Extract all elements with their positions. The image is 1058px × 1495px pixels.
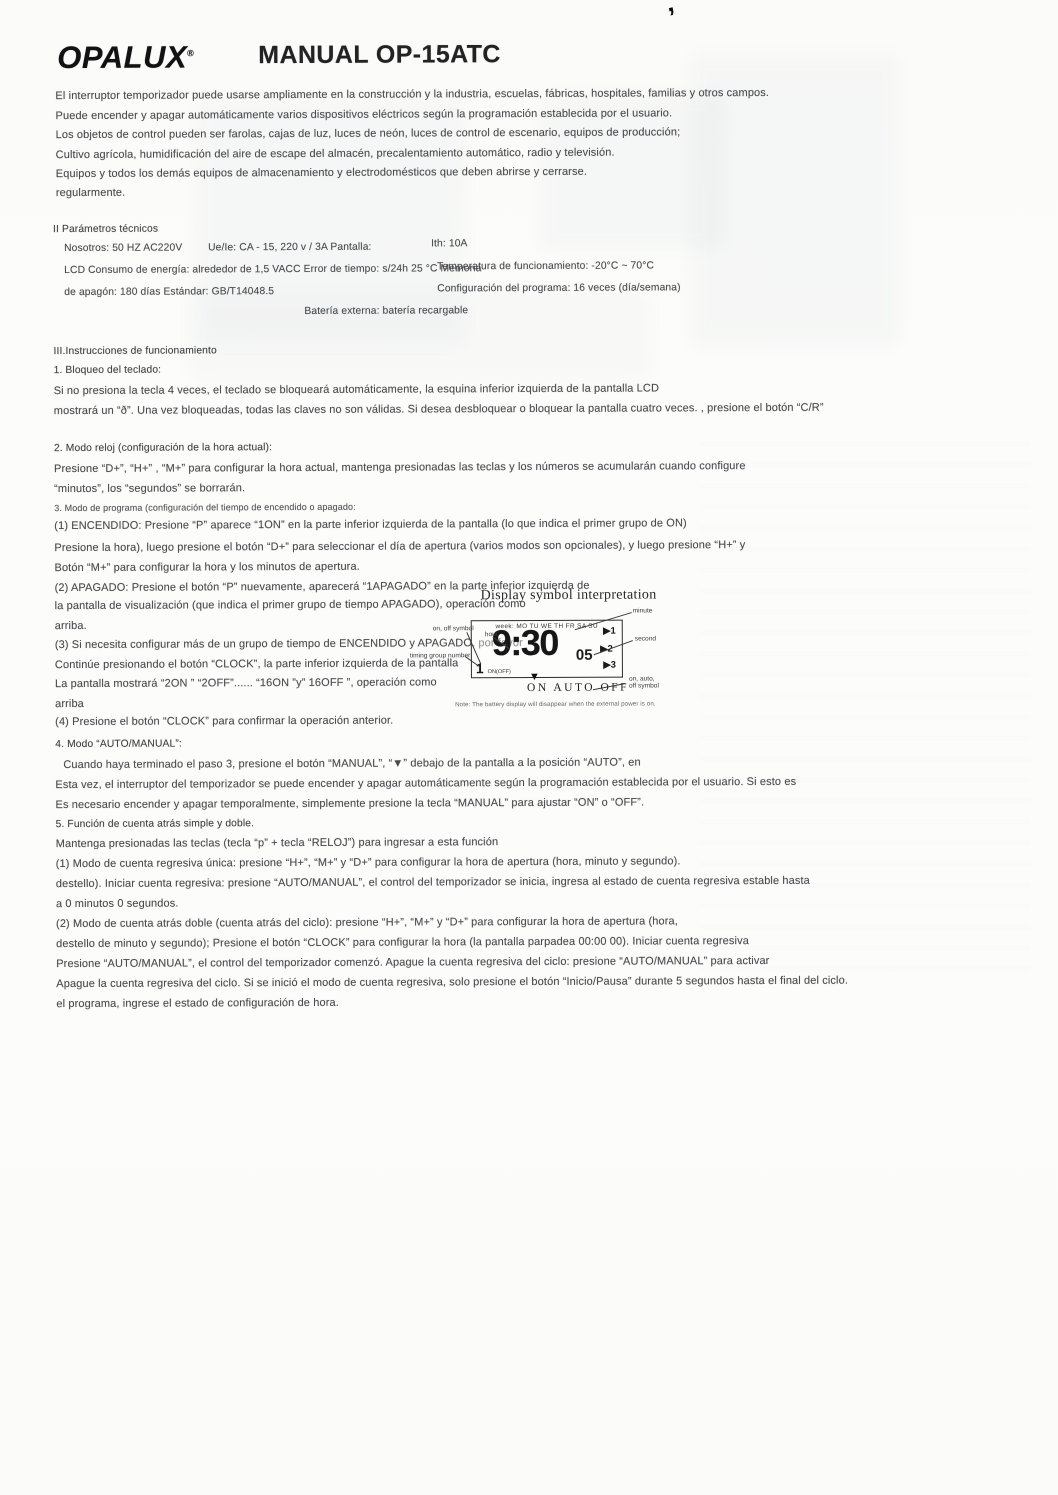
subsection-4-title: 4. Modo “AUTO/MANUAL”: xyxy=(55,739,182,751)
param-ue-ie: Ue/Ie: CA - 15, 220 v / 3A Pantalla: xyxy=(208,242,371,254)
instruction-line: (1) ENCENDIDO: Presione “P” aparece “1ON… xyxy=(54,517,687,532)
instruction-line: (1) Modo de cuenta regresiva única: pres… xyxy=(56,855,681,870)
intro-line: Equipos y todos los demás equipos de alm… xyxy=(56,166,587,180)
intro-line: Cultivo agrícola, humidificación del air… xyxy=(56,147,615,161)
param-program-config: Configuración del programa: 16 veces (dí… xyxy=(437,282,680,294)
instruction-line: La pantalla mostrará “2ON ” “2OFF”......… xyxy=(55,676,437,690)
instruction-line: Cuando haya terminado el paso 3, presion… xyxy=(63,757,640,772)
diagram-connector-lines xyxy=(403,579,704,715)
instruction-line: Es necesario encender y apagar temporalm… xyxy=(55,797,644,812)
instruction-line: el programa, ingrese el estado de config… xyxy=(56,997,339,1010)
instruction-line: a 0 minutos 0 segundos. xyxy=(56,898,179,911)
instruction-line: arriba xyxy=(55,698,84,710)
instruction-line: (2) Modo de cuenta atrás doble (cuenta a… xyxy=(56,915,678,930)
intro-line: Los objetos de control pueden ser farola… xyxy=(56,126,681,141)
instruction-line: Presione “AUTO/MANUAL”, el control del t… xyxy=(56,955,769,970)
instruction-line: Esta vez, el interruptor del temporizado… xyxy=(55,776,796,791)
page-title: MANUAL OP-15ATC xyxy=(258,40,501,70)
intro-line: El interruptor temporizador puede usarse… xyxy=(55,87,769,102)
intro-line: Puede encender y apagar automáticamente … xyxy=(55,107,672,122)
intro-line: regularmente. xyxy=(56,187,125,199)
section-heading-instructions: III.Instrucciones de funcionamiento xyxy=(54,345,217,357)
param-battery: Batería externa: batería recargable xyxy=(304,305,468,317)
param-consumption: LCD Consumo de energía: alrededor de 1,5… xyxy=(64,263,481,276)
instruction-line: Si no presiona la tecla 4 veces, el tecl… xyxy=(54,382,659,397)
subsection-2-title: 2. Modo reloj (configuración de la hora … xyxy=(54,442,272,454)
instruction-line: Botón “M+” para configurar la hora y los… xyxy=(54,561,359,574)
param-voltage: Nosotros: 50 HZ AC220V xyxy=(64,243,182,255)
param-temperature: Temperatura de funcionamiento: -20°C ~ 7… xyxy=(437,260,654,272)
diagram-note: Note: The battery display will disappear… xyxy=(455,700,656,708)
instruction-line: Apague la cuenta regresiva del ciclo. Si… xyxy=(56,975,848,990)
instruction-line: Presione la hora), luego presione el bot… xyxy=(54,539,745,554)
instruction-line: Continúe presionando el botón “CLOCK”, l… xyxy=(55,657,459,671)
scanned-manual-page: ’ OPALUX® MANUAL OP-15ATC El interruptor… xyxy=(0,0,1058,1495)
instruction-line: destello de minuto y segundo); Presione … xyxy=(56,935,749,950)
section-heading-parameters: II Parámetros técnicos xyxy=(53,224,158,235)
instruction-line: (4) Presione el botón “CLOCK” para confi… xyxy=(55,715,393,728)
instruction-line: Presione “D+”, “H+” , “M+” para configur… xyxy=(54,460,746,475)
subsection-3-title: 3. Modo de programa (configuración del t… xyxy=(54,502,356,513)
instruction-line: destello). Iniciar cuenta regresiva: pre… xyxy=(56,875,810,890)
instruction-line: arriba. xyxy=(55,620,87,632)
instruction-line: Mantenga presionadas las teclas (tecla “… xyxy=(56,836,499,850)
instruction-line: mostrará un “ð”. Una vez bloqueadas, tod… xyxy=(54,402,824,417)
subsection-5-title: 5. Función de cuenta atrás simple y dobl… xyxy=(56,818,255,830)
instruction-line: “minutos”, los “segundos” se borrarán. xyxy=(54,482,245,495)
subsection-1-title: 1. Bloqueo del teclado: xyxy=(54,365,162,376)
param-ith: Ith: 10A xyxy=(431,238,468,249)
registered-mark: ® xyxy=(187,48,194,58)
param-memory-standard: de apagón: 180 días Estándar: GB/T14048.… xyxy=(64,286,274,298)
